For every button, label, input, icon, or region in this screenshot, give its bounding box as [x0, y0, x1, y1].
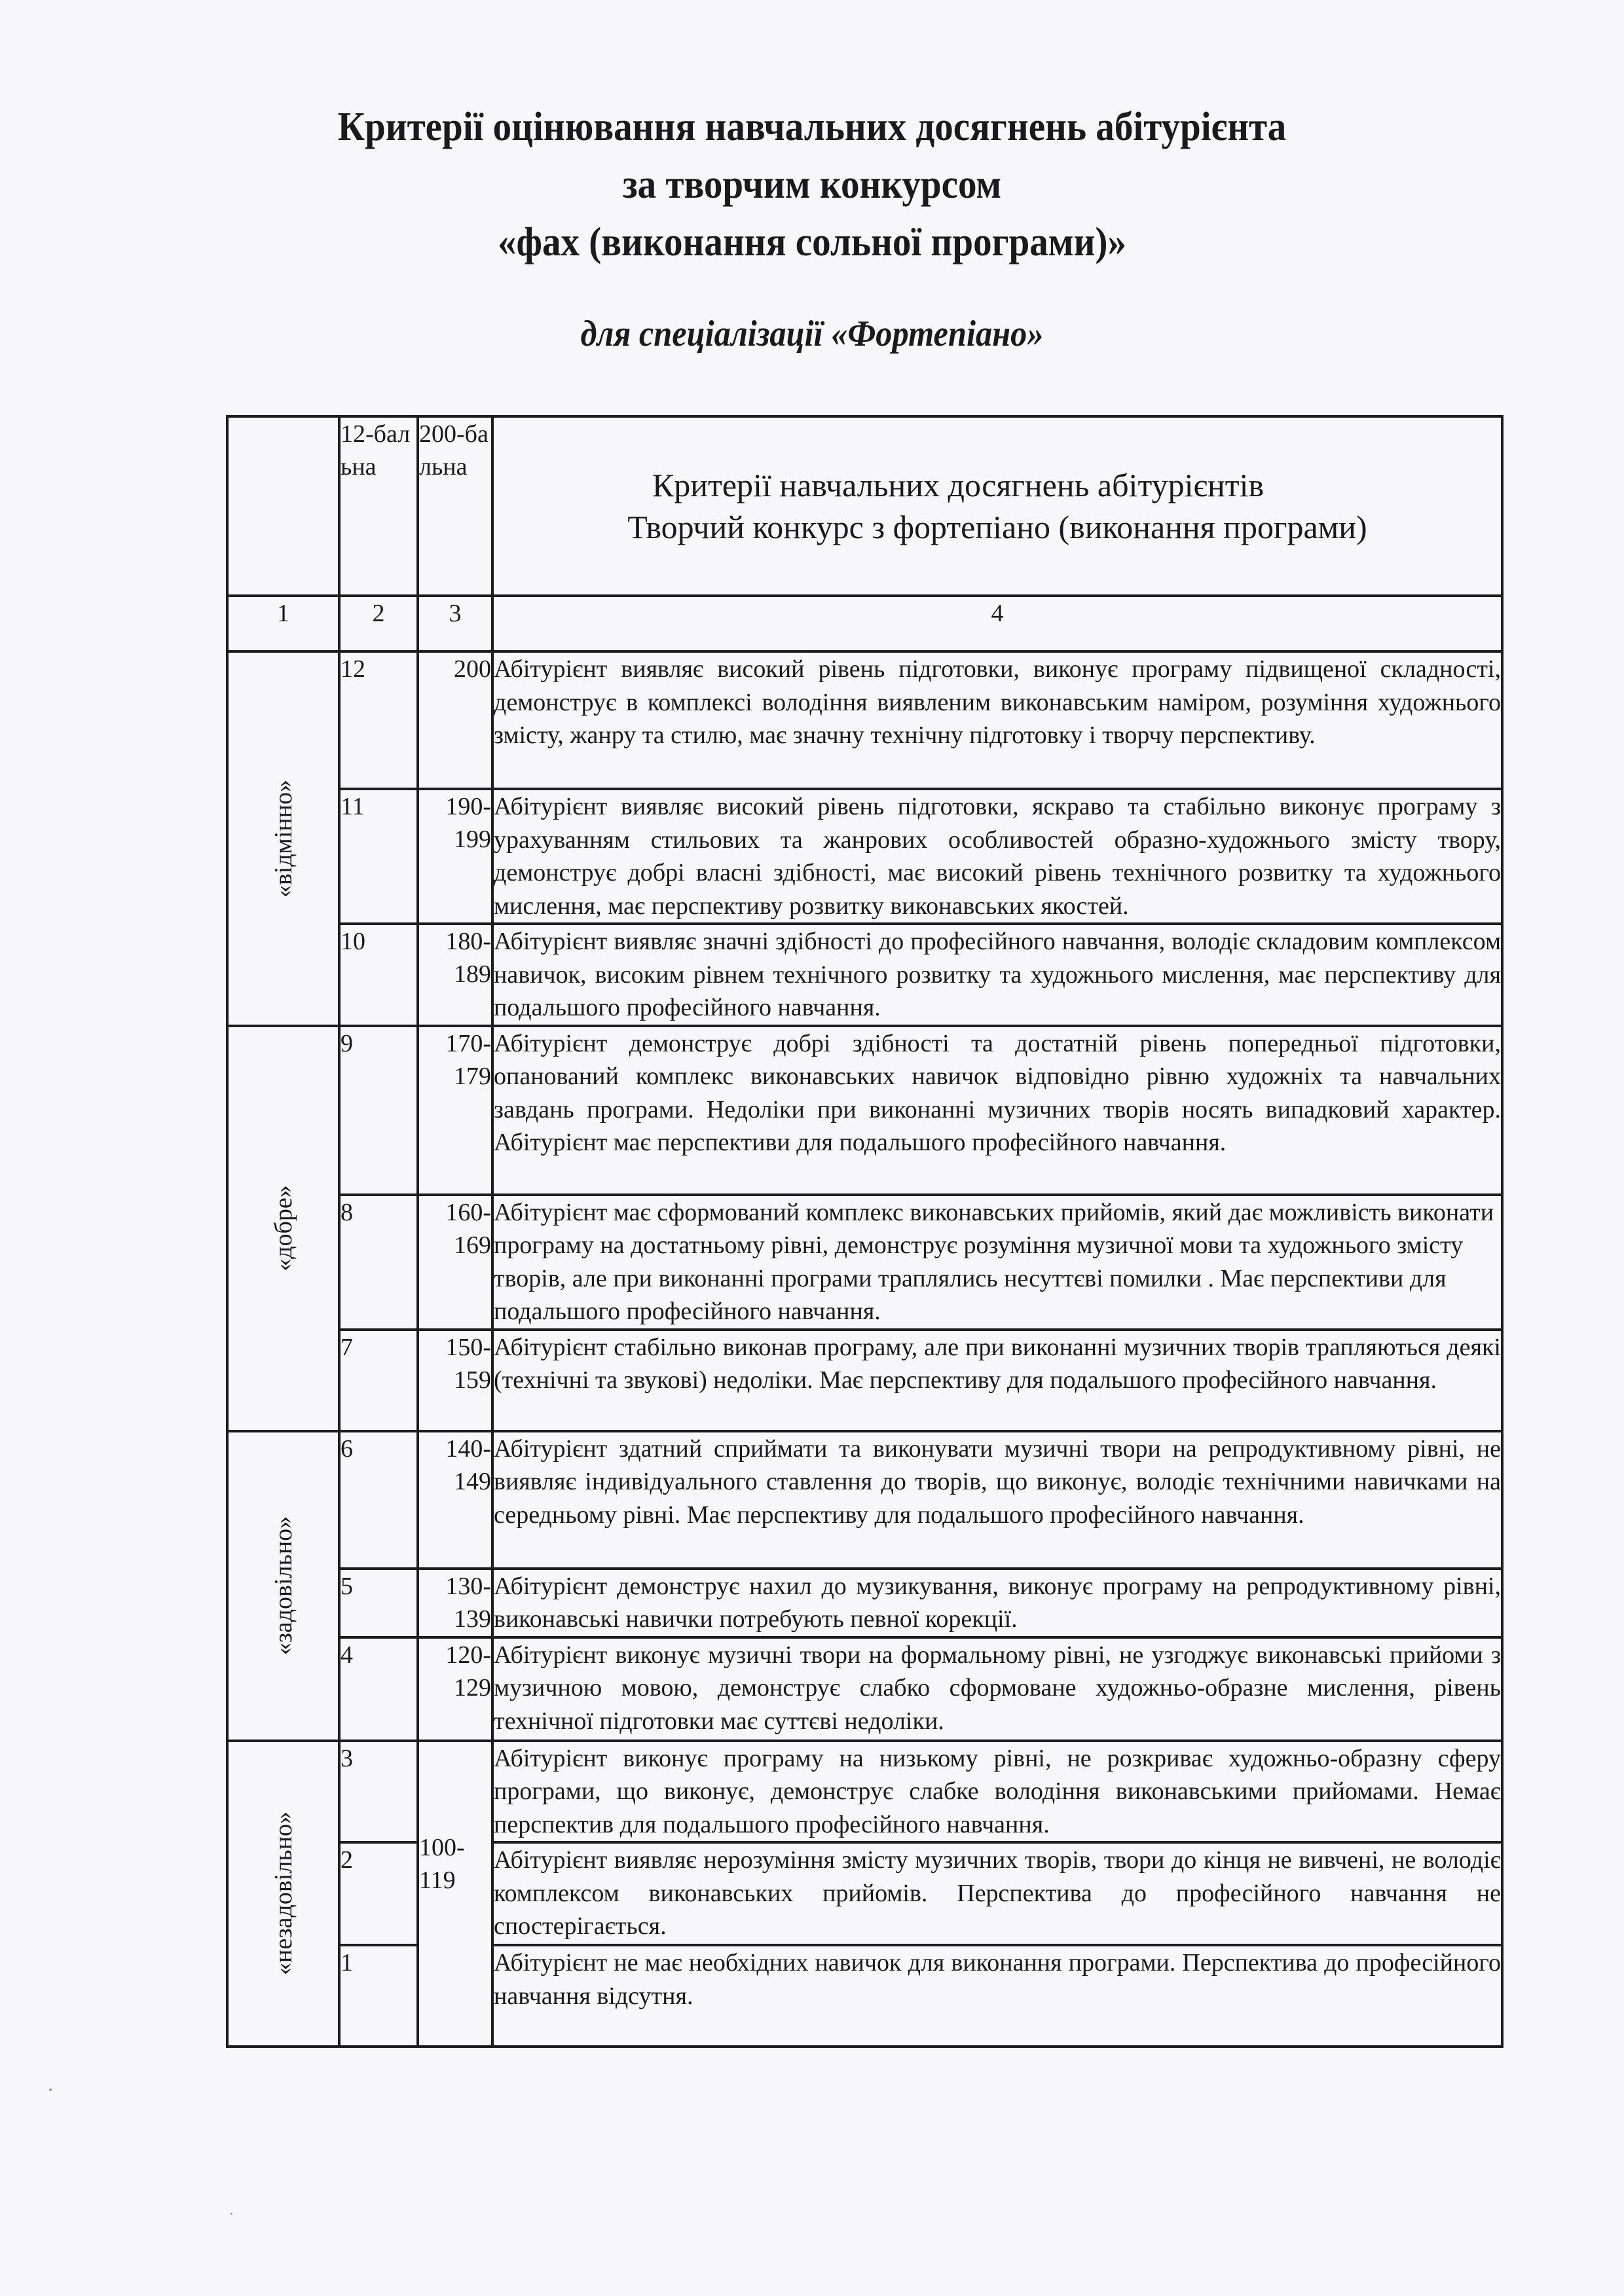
document-title: Критерії оцінювання навчальних досягнень…: [0, 98, 1624, 271]
table-row: «незадовільно»3100-119Абітурієнт виконує…: [227, 1741, 1502, 1843]
column-number: 1: [227, 596, 339, 651]
column-number: 2: [339, 596, 418, 651]
table-row: 11190-199Абітурієнт виявляє високий ріве…: [227, 789, 1502, 924]
grade-group-label: «відмінно»: [269, 780, 298, 898]
grade-200-cell: 130-139: [418, 1569, 492, 1637]
criteria-description: Абітурієнт має сформований комплекс вико…: [492, 1195, 1502, 1330]
grade-200-cell: 120-129: [418, 1637, 492, 1741]
grade-12-cell: 2: [339, 1842, 418, 1945]
criteria-description: Абітурієнт виявляє значні здібності до п…: [492, 924, 1502, 1026]
column-number: 3: [418, 596, 492, 651]
table-row: 5130-139Абітурієнт демонструє нахил до м…: [227, 1569, 1502, 1637]
table-row: «добре»9170-179Абітурієнт демонструє доб…: [227, 1026, 1502, 1195]
grade-group-label: «задовільно»: [269, 1516, 298, 1655]
grade-12-cell: 7: [339, 1330, 418, 1431]
grade-group-cell: «відмінно»: [227, 651, 339, 1026]
criteria-description: Абітурієнт стабільно виконав програму, а…: [492, 1330, 1502, 1431]
grade-200-cell: 140-149: [418, 1431, 492, 1569]
header-cell-empty: [227, 416, 339, 596]
table-row: 8160-169Абітурієнт має сформований компл…: [227, 1195, 1502, 1330]
criteria-description: Абітурієнт демонструє нахил до музикуван…: [492, 1569, 1502, 1637]
grade-200-cell: 200: [418, 651, 492, 789]
table-row: «відмінно»12200Абітурієнт виявляє високи…: [227, 651, 1502, 789]
grade-12-cell: 5: [339, 1569, 418, 1637]
title-line-3: «фах (виконання сольної програми)»: [65, 213, 1559, 271]
criteria-description: Абітурієнт виявляє високий рівень підгот…: [492, 789, 1502, 924]
document-subtitle: для спеціалізації «Фортепіано»: [81, 313, 1543, 355]
grade-group-label: «добре»: [269, 1185, 298, 1271]
title-line-1: Критерії оцінювання навчальних досягнень…: [65, 98, 1559, 156]
column-number-row: 1 2 3 4: [227, 596, 1502, 651]
grade-12-cell: 9: [339, 1026, 418, 1195]
table-row: 10180-189Абітурієнт виявляє значні здібн…: [227, 924, 1502, 1026]
table-row: 7150-159Абітурієнт стабільно виконав про…: [227, 1330, 1502, 1431]
scan-speck: [231, 2213, 232, 2215]
grade-200-cell: 180-189: [418, 924, 492, 1026]
table-row: «задовільно»6140-149Абітурієнт здатний с…: [227, 1431, 1502, 1569]
grade-12-cell: 4: [339, 1637, 418, 1741]
column-number: 4: [492, 596, 1502, 651]
grade-200-cell: 190-199: [418, 789, 492, 924]
criteria-description: Абітурієнт не має необхідних навичок для…: [492, 1945, 1502, 2047]
grade-12-cell: 11: [339, 789, 418, 924]
scan-speck: [49, 2088, 52, 2091]
header-criteria: Критерії навчальних досягнень абітурієнт…: [492, 416, 1502, 596]
criteria-table: 12-бальна 200-бальна Критерії навчальних…: [226, 415, 1504, 2048]
table-header-row: 12-бальна 200-бальна Критерії навчальних…: [227, 416, 1502, 596]
grade-200-cell: 150-159: [418, 1330, 492, 1431]
grade-12-cell: 12: [339, 651, 418, 789]
criteria-description: Абітурієнт демонструє добрі здібності та…: [492, 1026, 1502, 1195]
grade-200-cell: 160-169: [418, 1195, 492, 1330]
grade-12-cell: 8: [339, 1195, 418, 1330]
criteria-description: Абітурієнт виконує програму на низькому …: [492, 1741, 1502, 1843]
grade-group-label: «незадовільно»: [269, 1812, 298, 1975]
grade-12-cell: 6: [339, 1431, 418, 1569]
header-criteria-line1: Критерії навчальних досягнень абітурієнт…: [494, 464, 1501, 506]
grade-12-cell: 10: [339, 924, 418, 1026]
criteria-description: Абітурієнт виконує музичні твори на форм…: [492, 1637, 1502, 1741]
header-criteria-line2: Творчий конкурс з фортепіано (виконання …: [494, 506, 1501, 548]
header-200-point-scale: 200-бальна: [418, 416, 492, 596]
grade-group-cell: «добре»: [227, 1026, 339, 1431]
criteria-description: Абітурієнт виявляє високий рівень підгот…: [492, 651, 1502, 789]
title-line-2: за творчим конкурсом: [65, 156, 1559, 213]
criteria-description: Абітурієнт здатний сприймати та виконува…: [492, 1431, 1502, 1569]
grade-group-cell: «незадовільно»: [227, 1741, 339, 2047]
grade-200-cell: 100-119: [418, 1741, 492, 2047]
criteria-description: Абітурієнт виявляє нерозуміння змісту му…: [492, 1842, 1502, 1945]
table-row: 4120-129Абітурієнт виконує музичні твори…: [227, 1637, 1502, 1741]
grade-12-cell: 3: [339, 1741, 418, 1843]
grade-12-cell: 1: [339, 1945, 418, 2047]
grade-200-cell: 170-179: [418, 1026, 492, 1195]
grade-group-cell: «задовільно»: [227, 1431, 339, 1741]
header-12-point-scale: 12-бальна: [339, 416, 418, 596]
